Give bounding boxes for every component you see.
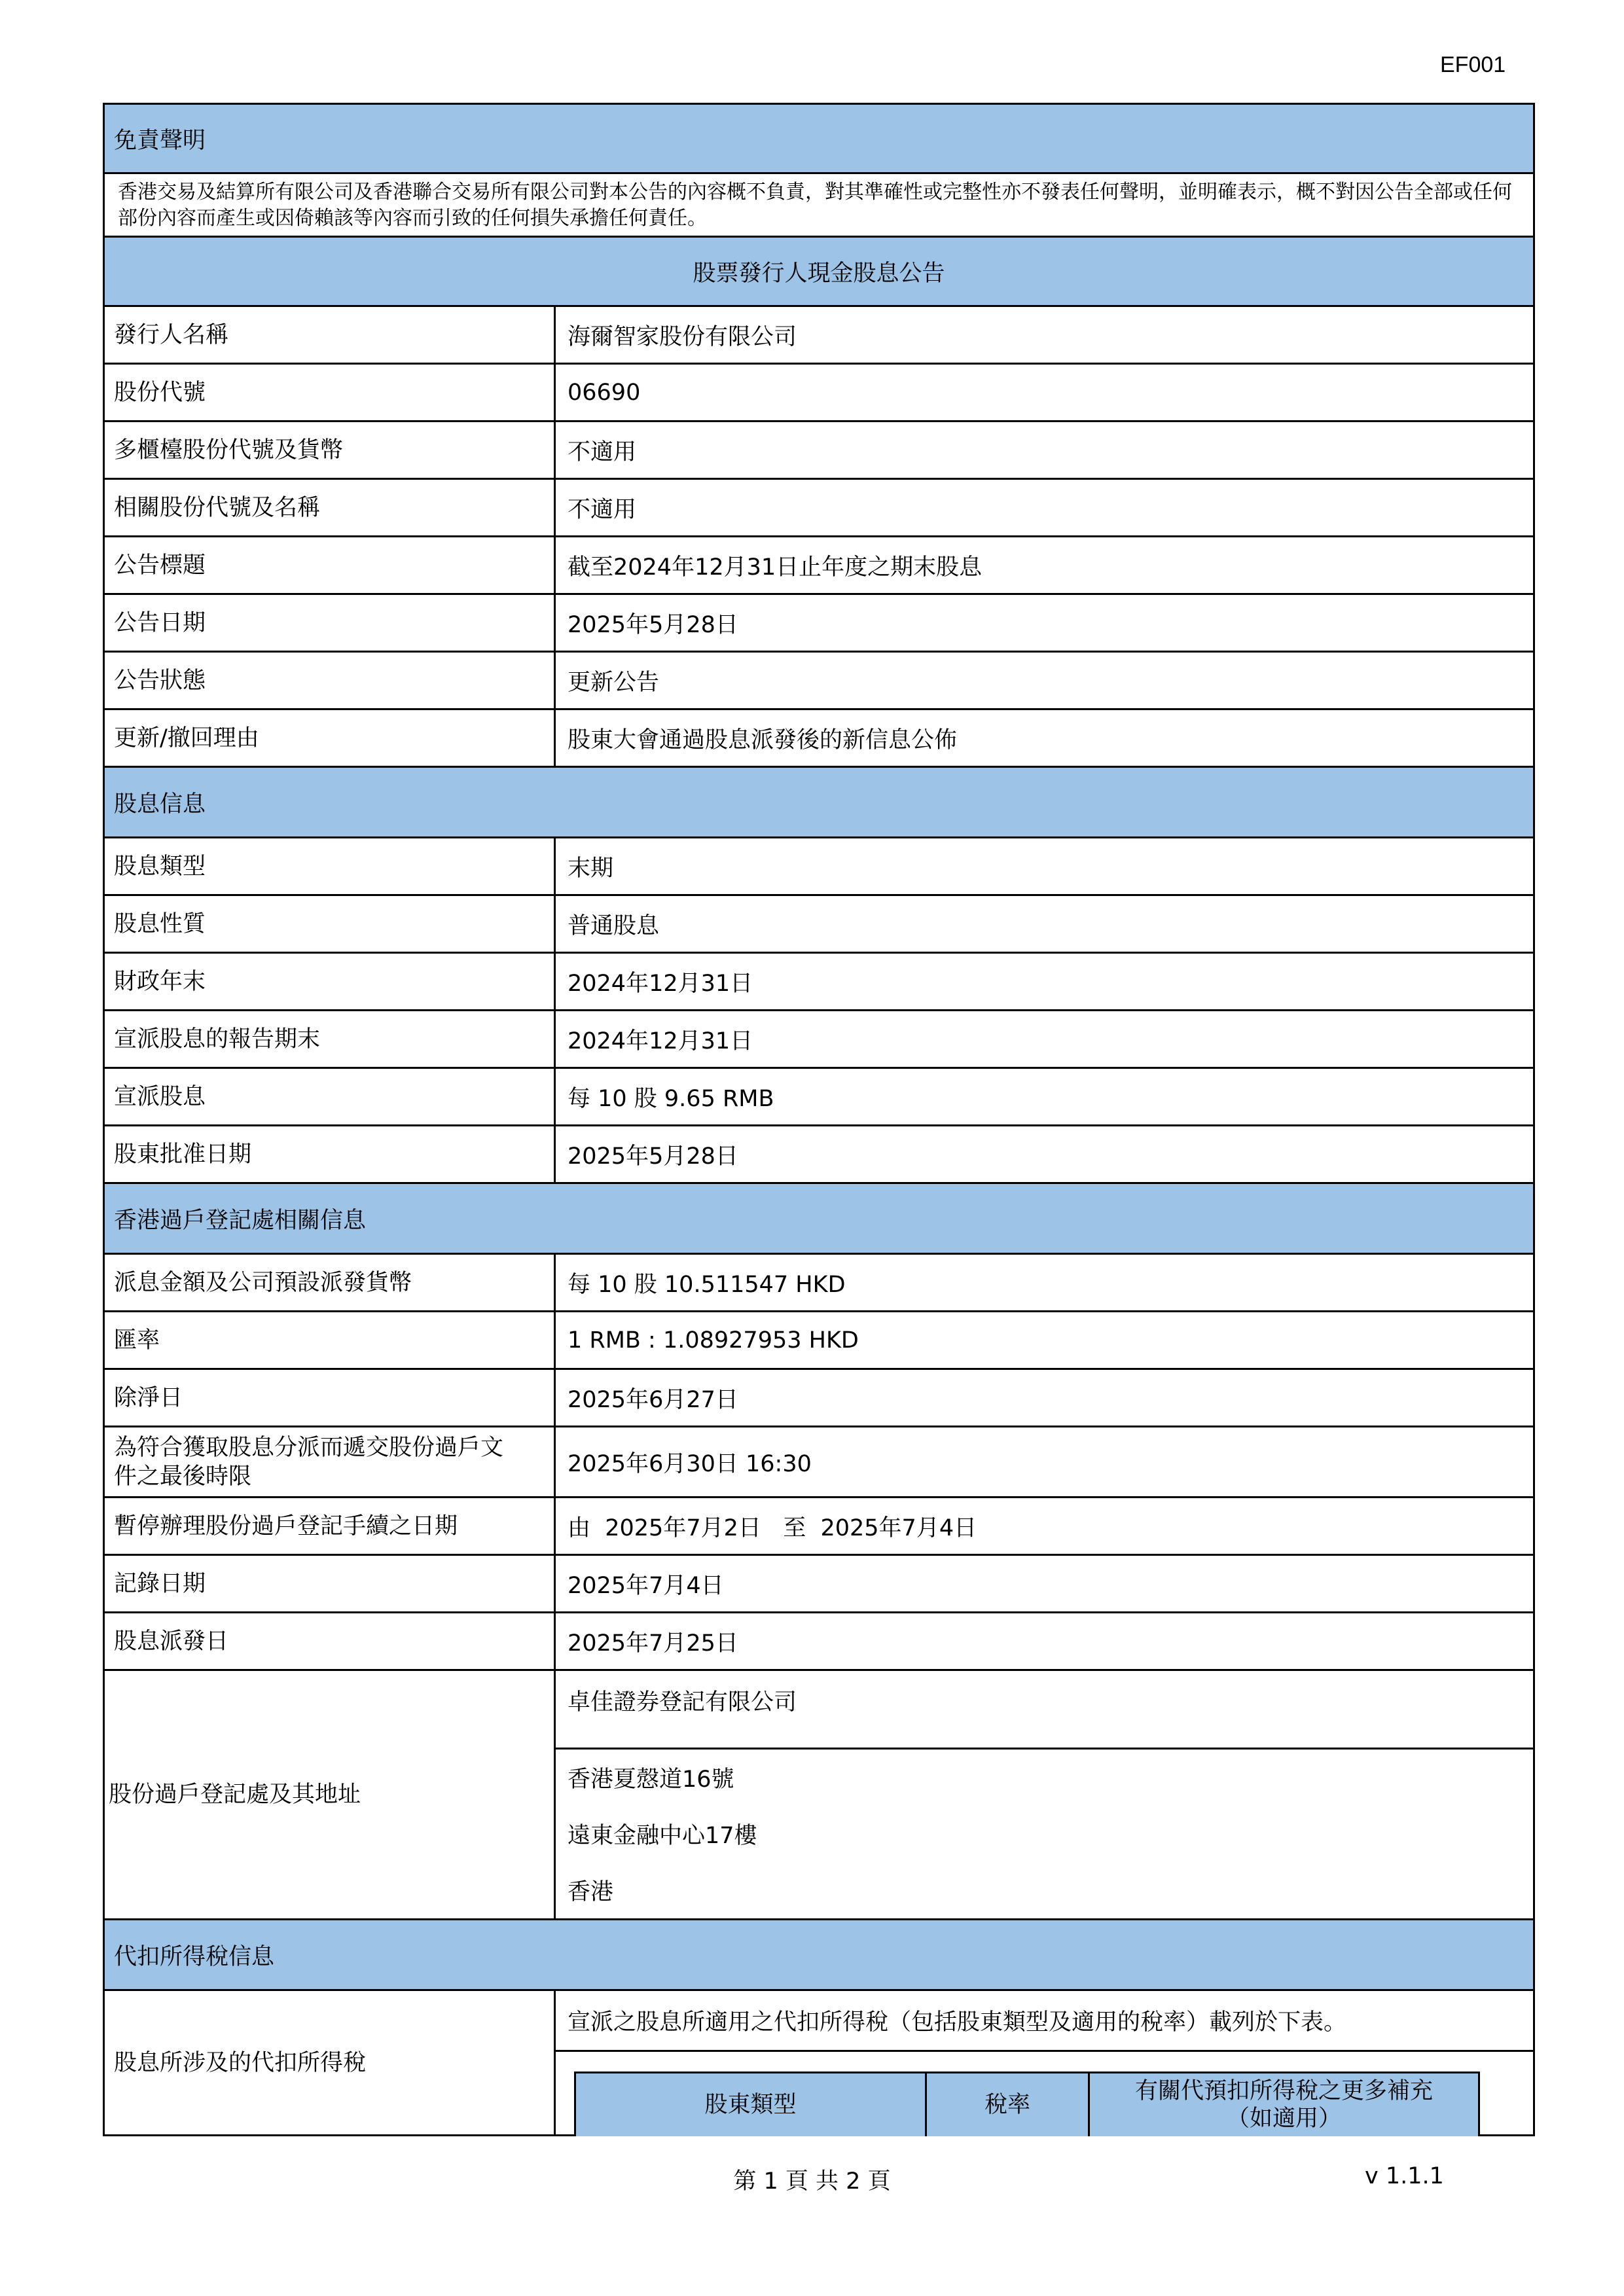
table-row: 暫停辦理股份過戶登記手續之日期由 2025年7月2日 至 2025年7月4日 (105, 1498, 1533, 1556)
table-row: 匯率1 RMB : 1.08927953 HKD (105, 1312, 1533, 1370)
row-value: 股東大會通過股息派發後的新信息公佈 (556, 710, 1533, 766)
table-row: 更新/撤回理由股東大會通過股息派發後的新信息公佈 (105, 710, 1533, 768)
announcement-table: 免責聲明 香港交易及結算所有限公司及香港聯合交易所有限公司對本公告的內容概不負責… (103, 103, 1535, 2136)
row-value: 由 2025年7月2日 至 2025年7月4日 (556, 1498, 1533, 1554)
row-label: 股息派發日 (105, 1613, 556, 1669)
section-header-dividend: 股息信息 (105, 768, 1533, 838)
title-band: 股票發行人現金股息公告 (105, 238, 1533, 307)
row-label: 為符合獲取股息分派而遞交股份過戶文件之最後時限 (105, 1427, 556, 1496)
row-label: 除淨日 (105, 1370, 556, 1426)
row-value: 末期 (556, 838, 1533, 894)
row-label: 派息金額及公司預設派發貨幣 (105, 1255, 556, 1310)
page-title: 股票發行人現金股息公告 (693, 255, 945, 288)
row-label: 發行人名稱 (105, 307, 556, 363)
table-row: 宣派股息的報告期末2024年12月31日 (105, 1011, 1533, 1069)
row-value: 2025年7月4日 (556, 1556, 1533, 1611)
section-heading: 股息信息 (114, 786, 206, 819)
table-row: 財政年末2024年12月31日 (105, 954, 1533, 1011)
row-value: 每 10 股 9.65 RMB (556, 1069, 1533, 1124)
row-label: 股份代號 (105, 365, 556, 420)
section-heading: 代扣所得稅信息 (114, 1939, 274, 1971)
table-row: 發行人名稱海爾智家股份有限公司 (105, 307, 1533, 365)
section-heading: 香港過戶登記處相關信息 (114, 1202, 366, 1235)
address-line: 遠東金融中心17樓 (568, 1806, 757, 1862)
withholding-table-area: 股東類型 稅率 有關代預扣所得稅之更多補充（如適用） (556, 2050, 1533, 2134)
table-row: 宣派股息每 10 股 9.65 RMB (105, 1069, 1533, 1126)
table-row: 股息類型末期 (105, 838, 1533, 896)
row-label: 匯率 (105, 1312, 556, 1368)
row-value: 更新公告 (556, 653, 1533, 708)
row-value: 2024年12月31日 (556, 1011, 1533, 1067)
row-value: 06690 (556, 365, 1533, 420)
table-row: 記錄日期2025年7月4日 (105, 1556, 1533, 1613)
row-label: 更新/撤回理由 (105, 710, 556, 766)
registrar-address: 香港夏慤道16號 遠東金融中心17樓 香港 (556, 1748, 1533, 1918)
table-row: 多櫃檯股份代號及貨幣不適用 (105, 422, 1533, 480)
row-value: 每 10 股 10.511547 HKD (556, 1255, 1533, 1310)
table-row: 派息金額及公司預設派發貨幣每 10 股 10.511547 HKD (105, 1255, 1533, 1312)
section-header-registrar: 香港過戶登記處相關信息 (105, 1184, 1533, 1255)
form-version: v 1.1.1 (1365, 2163, 1444, 2189)
row-label: 股息類型 (105, 838, 556, 894)
row-value: 2024年12月31日 (556, 954, 1533, 1009)
row-label: 暫停辦理股份過戶登記手續之日期 (105, 1498, 556, 1554)
table-row: 為符合獲取股息分派而遞交股份過戶文件之最後時限2025年6月30日 16:30 (105, 1427, 1533, 1498)
table-row: 相關股份代號及名稱不適用 (105, 480, 1533, 537)
withholding-note: 宣派之股息所適用之代扣所得稅（包括股東類型及適用的稅率）載列於下表。 (556, 1991, 1533, 2050)
address-line: 香港夏慤道16號 (568, 1749, 734, 1806)
withholding-table-header: 股東類型 稅率 有關代預扣所得稅之更多補充（如適用） (574, 2072, 1480, 2136)
disclaimer-header: 免責聲明 (105, 105, 1533, 174)
row-value: 普通股息 (556, 896, 1533, 952)
form-code: EF001 (1440, 52, 1506, 78)
column-header-shareholder-type: 股東類型 (576, 2073, 927, 2136)
table-row: 股息派發日2025年7月25日 (105, 1613, 1533, 1671)
section-header-withholding: 代扣所得稅信息 (105, 1920, 1533, 1991)
table-row: 股東批准日期2025年5月28日 (105, 1126, 1533, 1184)
row-label: 股息所涉及的代扣所得稅 (105, 1991, 556, 2134)
withholding-details: 宣派之股息所適用之代扣所得稅（包括股東類型及適用的稅率）載列於下表。 股東類型 … (556, 1991, 1533, 2134)
withholding-row: 股息所涉及的代扣所得稅 宣派之股息所適用之代扣所得稅（包括股東類型及適用的稅率）… (105, 1991, 1533, 2134)
column-header-tax-rate: 稅率 (927, 2073, 1090, 2136)
row-label: 股息性質 (105, 896, 556, 952)
row-value: 1 RMB : 1.08927953 HKD (556, 1312, 1533, 1368)
row-label: 多櫃檯股份代號及貨幣 (105, 422, 556, 478)
column-header-supplementary: 有關代預扣所得稅之更多補充（如適用） (1090, 2073, 1478, 2136)
row-label: 宣派股息的報告期末 (105, 1011, 556, 1067)
registrar-name: 卓佳證券登記有限公司 (556, 1671, 1533, 1748)
row-label: 記錄日期 (105, 1556, 556, 1611)
row-value: 2025年5月28日 (556, 1126, 1533, 1182)
row-label: 相關股份代號及名稱 (105, 480, 556, 535)
row-value: 2025年6月27日 (556, 1370, 1533, 1426)
registrar-details: 卓佳證券登記有限公司 香港夏慤道16號 遠東金融中心17樓 香港 (556, 1671, 1533, 1918)
row-label: 公告狀態 (105, 653, 556, 708)
row-value: 不適用 (556, 480, 1533, 535)
disclaimer-heading: 免責聲明 (114, 122, 206, 155)
row-label: 股份過戶登記處及其地址 (105, 1671, 556, 1918)
row-value: 不適用 (556, 422, 1533, 478)
row-value: 2025年7月25日 (556, 1613, 1533, 1669)
row-label: 公告日期 (105, 595, 556, 651)
row-label: 宣派股息 (105, 1069, 556, 1124)
table-row: 股份代號06690 (105, 365, 1533, 422)
row-value: 海爾智家股份有限公司 (556, 307, 1533, 363)
registrar-row: 股份過戶登記處及其地址 卓佳證券登記有限公司 香港夏慤道16號 遠東金融中心17… (105, 1671, 1533, 1920)
table-row: 公告狀態更新公告 (105, 653, 1533, 710)
row-label: 股東批准日期 (105, 1126, 556, 1182)
row-value: 2025年6月30日 16:30 (556, 1427, 1533, 1496)
row-value: 截至2024年12月31日止年度之期末股息 (556, 537, 1533, 593)
table-row: 股息性質普通股息 (105, 896, 1533, 954)
row-label: 公告標題 (105, 537, 556, 593)
table-row: 公告日期2025年5月28日 (105, 595, 1533, 653)
address-line: 香港 (568, 1862, 613, 1918)
table-row: 除淨日2025年6月27日 (105, 1370, 1533, 1427)
row-label: 財政年末 (105, 954, 556, 1009)
disclaimer-text: 香港交易及結算所有限公司及香港聯合交易所有限公司對本公告的內容概不負責，對其準確… (105, 174, 1533, 238)
table-row: 公告標題截至2024年12月31日止年度之期末股息 (105, 537, 1533, 595)
row-value: 2025年5月28日 (556, 595, 1533, 651)
